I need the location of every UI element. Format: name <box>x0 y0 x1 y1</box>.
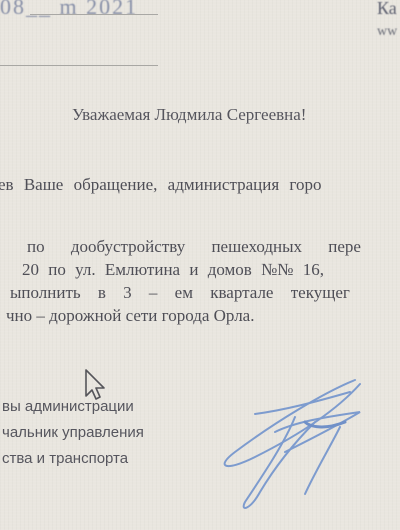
signatory-title-line: вы администрации <box>2 398 134 415</box>
signatory-title-line: ства и транспорта <box>2 450 128 467</box>
letterhead-right-line-1: Ка <box>377 0 397 19</box>
date-underline <box>30 14 158 15</box>
handwritten-signature <box>215 372 375 527</box>
signatory-title-line: чальник управления <box>2 424 144 441</box>
body-line: ыполнить в 3 – ем квартале текущег <box>10 283 350 303</box>
body-line: ев Ваше обращение, администрация горо <box>0 175 321 195</box>
greeting: Уважаемая Людмила Сергеевна! <box>72 105 306 125</box>
reference-rule <box>0 65 158 66</box>
letter-date: 08__ m 2021 <box>0 0 138 20</box>
body-line: по дообустройству пешеходных пере <box>27 237 361 257</box>
letterhead-right-line-2: ww <box>377 24 397 40</box>
mouse-cursor-icon <box>83 368 107 402</box>
body-line: 20 по ул. Емлютина и домов №№ 16, <box>22 260 324 280</box>
body-line: чно – дорожной сети города Орла. <box>6 306 254 326</box>
